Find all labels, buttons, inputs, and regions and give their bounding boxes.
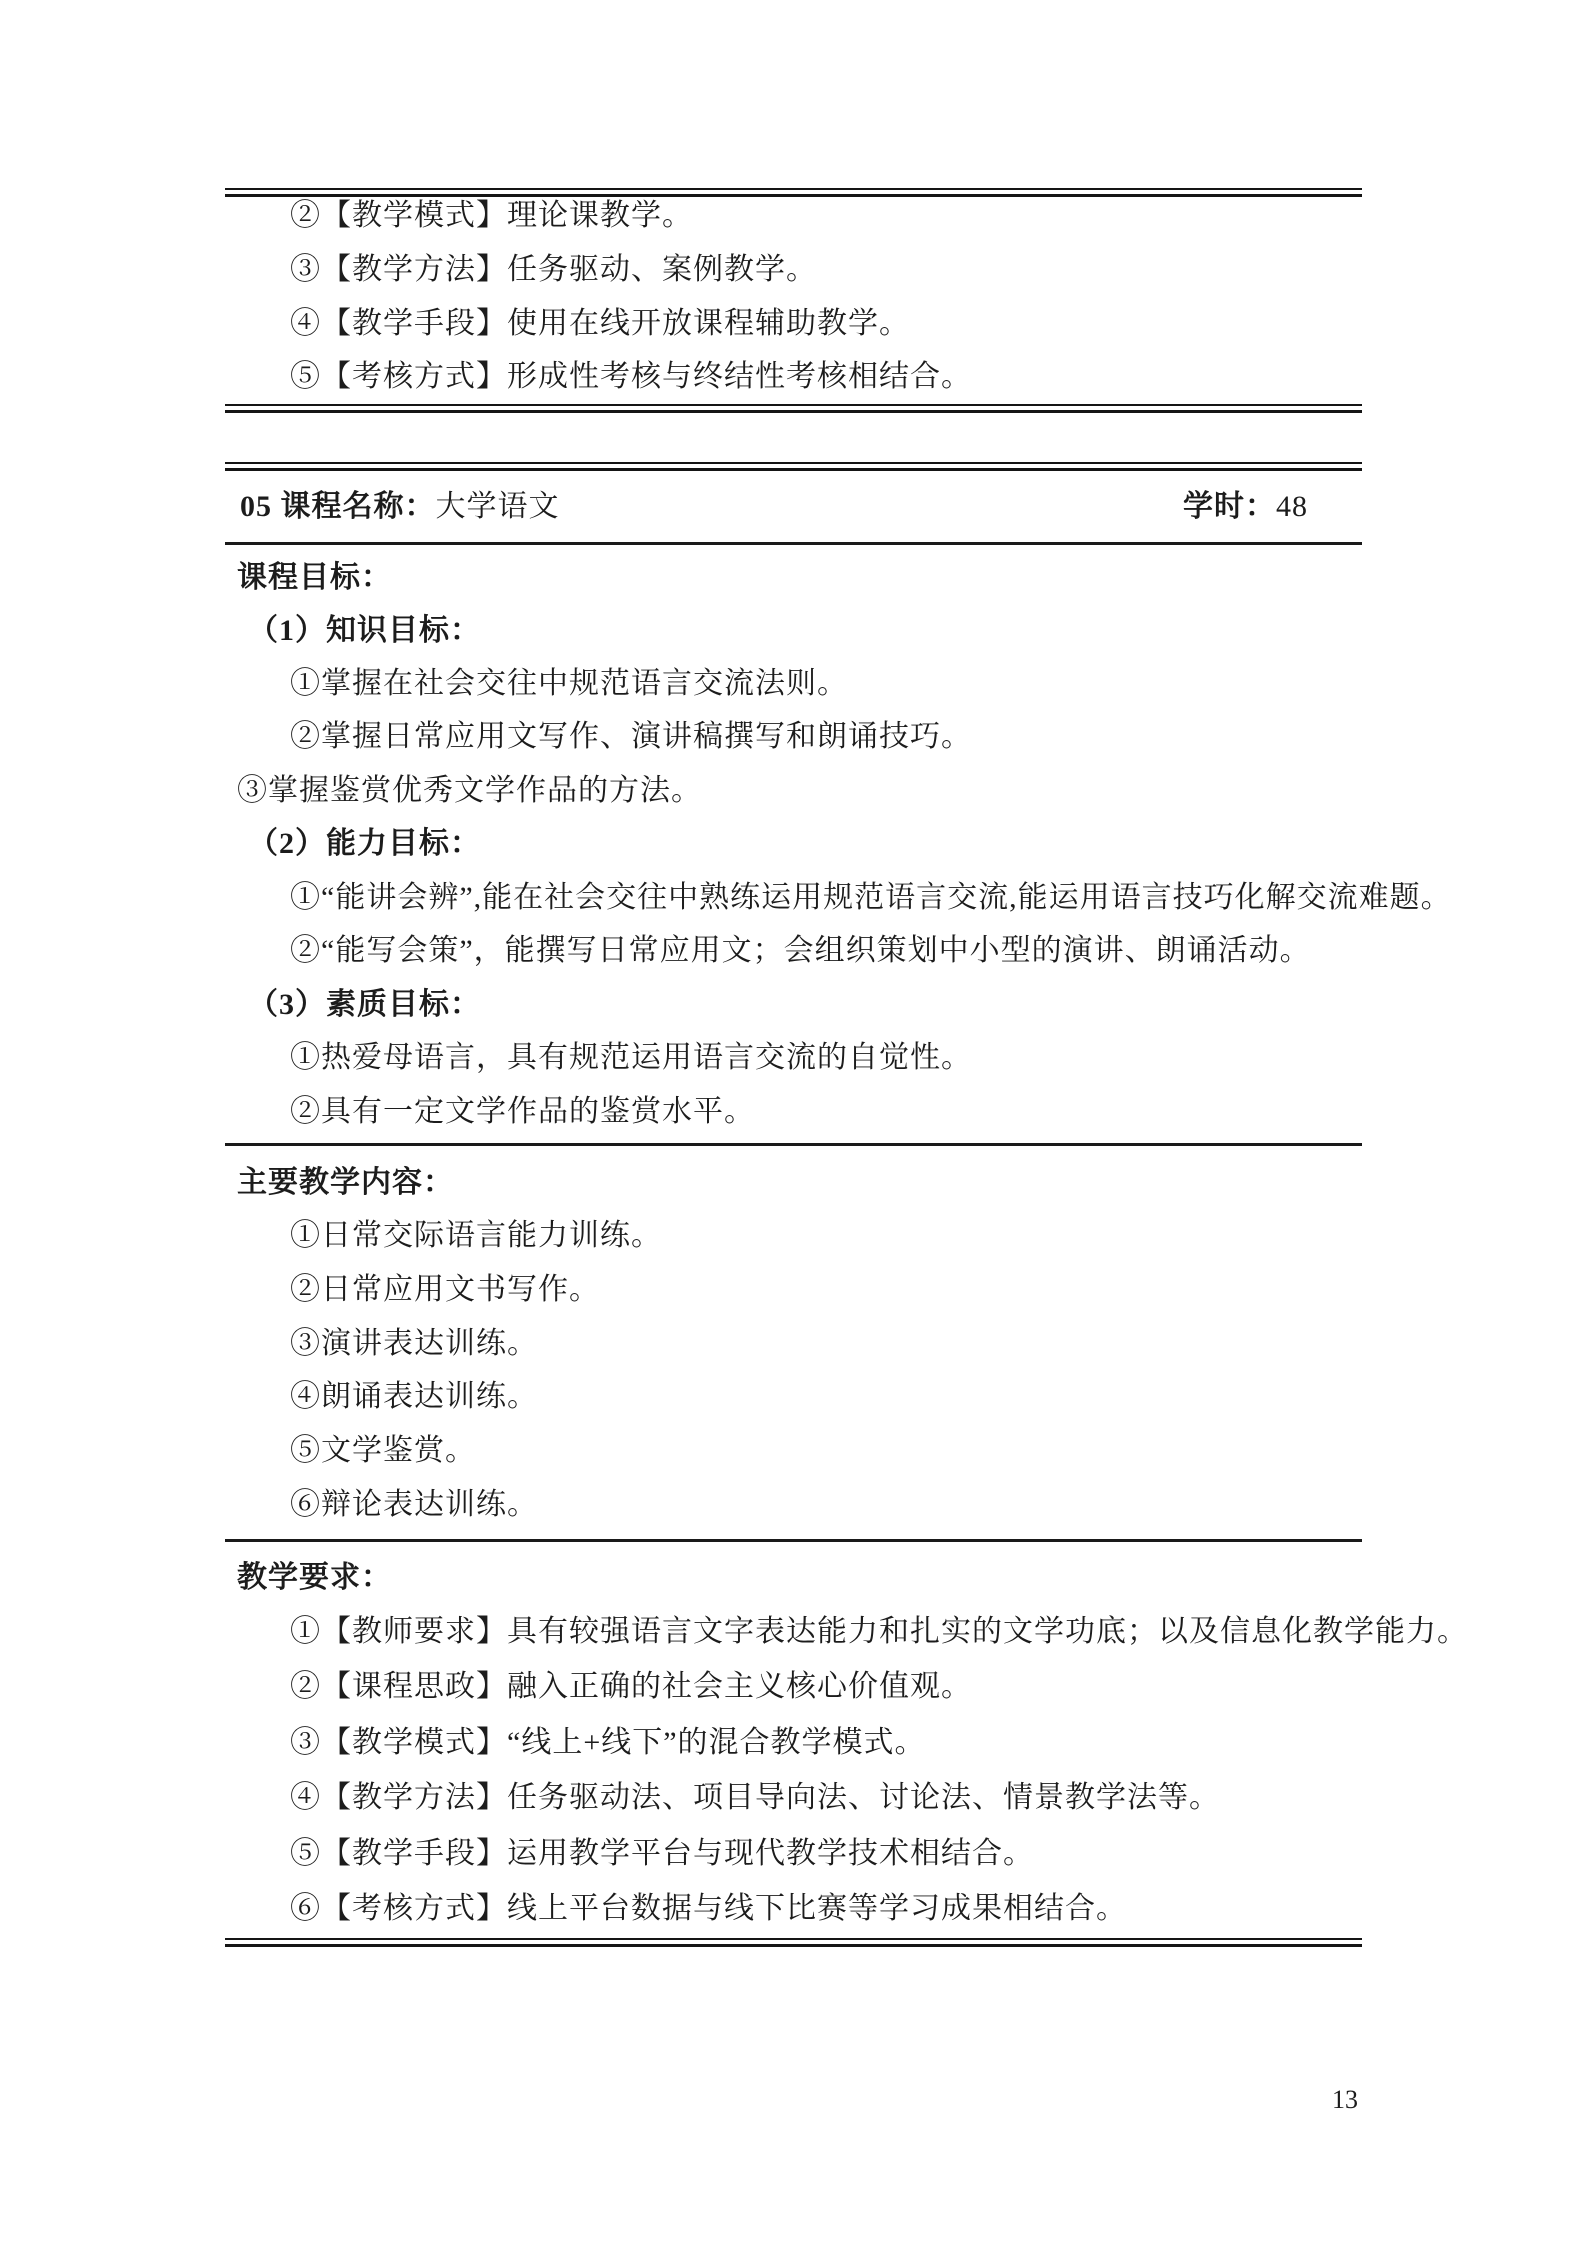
course-code-label: 05 课程名称： [240,490,436,523]
teaching-content-item: ④朗诵表达训练。 [290,1380,538,1414]
document-page: ②【教学模式】理论课教学。 ③【教学方法】任务驱动、案例教学。 ④【教学手段】使… [0,0,1587,2245]
teaching-requirement-item: ⑥【考核方式】线上平台数据与线下比赛等学习成果相结合。 [290,1892,1127,1926]
hours-label: 学时： [1183,490,1276,523]
objective-item: ②具有一定文学作品的鉴赏水平。 [290,1095,755,1129]
objective-group-heading: （1）知识目标： [248,614,481,648]
objective-item: ①掌握在社会交往中规范语言交流法则。 [290,667,848,701]
objective-item: ①“能讲会辨”,能在社会交往中熟练运用规范语言交流,能运用语言技巧化解交流难题。 [290,881,1452,915]
table-b-bottom-border [225,1938,1362,1947]
header-row-divider [225,542,1362,545]
objective-group-heading: （3）素质目标： [248,988,481,1022]
teaching-requirement-item: ①【教师要求】具有较强语言文字表达能力和扎实的文学功底；以及信息化教学能力。 [290,1615,1468,1649]
teaching-content-item: ②日常应用文书写作。 [290,1273,600,1307]
objectives-content-divider [225,1143,1362,1146]
teaching-requirements-heading: 教学要求： [237,1561,392,1595]
course-hours: 学时：48 [1183,490,1308,524]
course-name: 大学语文 [436,490,560,523]
table-a-bottom-border [225,404,1362,413]
hours-value: 48 [1276,490,1308,523]
prev-requirement-item: ④【教学手段】使用在线开放课程辅助教学。 [290,307,910,341]
objective-item: ①热爱母语言，具有规范运用语言交流的自觉性。 [290,1041,972,1075]
objective-item: ②掌握日常应用文写作、演讲稿撰写和朗诵技巧。 [290,720,972,754]
prev-requirement-item: ③【教学方法】任务驱动、案例教学。 [290,253,817,287]
teaching-content-item: ⑥辩论表达训练。 [290,1488,538,1522]
teaching-requirement-item: ②【课程思政】融入正确的社会主义核心价值观。 [290,1670,972,1704]
teaching-requirement-item: ⑤【教学手段】运用教学平台与现代教学技术相结合。 [290,1837,1034,1871]
objective-item: ②“能写会策”，能撰写日常应用文；会组织策划中小型的演讲、朗诵活动。 [290,934,1311,968]
course-title-row: 05 课程名称：大学语文 [240,490,560,524]
teaching-content-item: ③演讲表达训练。 [290,1327,538,1361]
objective-item-outdented: ③掌握鉴赏优秀文学作品的方法。 [237,774,702,808]
teaching-content-item: ①日常交际语言能力训练。 [290,1219,662,1253]
objectives-heading: 课程目标： [237,561,392,595]
teaching-content-heading: 主要教学内容： [237,1166,454,1200]
page-number: 13 [1332,2085,1358,2115]
teaching-requirement-item: ③【教学模式】“线上+线下”的混合教学模式。 [290,1726,926,1760]
objective-group-heading: （2）能力目标： [248,827,481,861]
table-a-top-border [225,188,1362,197]
table-b-top-border [225,462,1362,471]
teaching-content-item: ⑤文学鉴赏。 [290,1434,476,1468]
teaching-requirement-item: ④【教学方法】任务驱动法、项目导向法、讨论法、情景教学法等。 [290,1781,1220,1815]
prev-requirement-item: ⑤【考核方式】形成性考核与终结性考核相结合。 [290,360,972,394]
prev-requirement-item: ②【教学模式】理论课教学。 [290,199,693,233]
content-requirements-divider [225,1539,1362,1542]
